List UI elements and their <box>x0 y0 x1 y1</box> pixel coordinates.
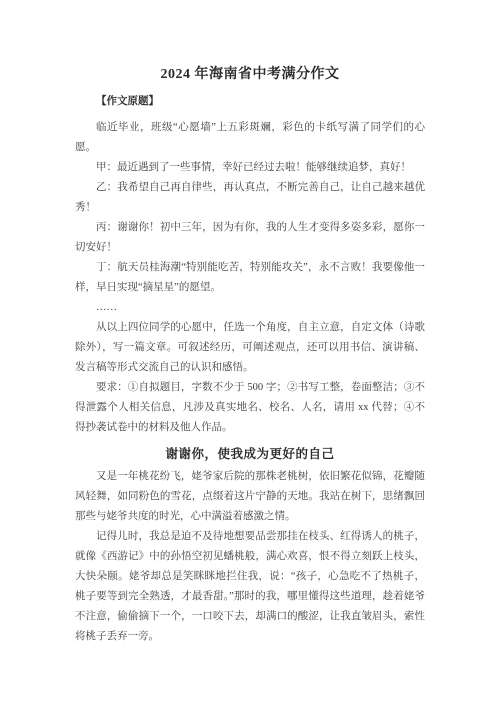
ellipsis-line: …… <box>75 298 425 318</box>
document-title: 2024 年海南省中考满分作文 <box>75 64 425 86</box>
wish-jia-paragraph: 甲：最近遇到了一些事情，幸好已经过去啦！能够继续追梦，真好！ <box>75 158 425 178</box>
prompt-section-heading: 【作文原题】 <box>75 92 425 112</box>
wish-bing-paragraph: 丙：谢谢你！初中三年，因为有你，我的人生才变得多姿多彩，愿你一切安好！ <box>75 218 425 258</box>
essay-paragraph-2: 记得儿时，我总是迫不及待地想要品尝那挂在枝头、红得诱人的桃子，就像《西游记》中的… <box>75 527 425 647</box>
document-page: 2024 年海南省中考满分作文 【作文原题】 临近毕业，班级“心愿墙”上五彩斑斓… <box>0 0 500 707</box>
wish-ding-paragraph: 丁：航天员桂海潮“特别能吃苦，特别能攻关”，永不言败！我要像他一样，早日实现“摘… <box>75 258 425 298</box>
task-paragraph: 从以上四位同学的心愿中，任选一个角度，自主立意，自定文体（诗歌除外），写一篇文章… <box>75 318 425 378</box>
essay-paragraph-1: 又是一年桃花纷飞，姥爷家后院的那株老桃树，依旧繁花似锦，花瓣随风轻舞，如同粉色的… <box>75 467 425 527</box>
wish-yi-paragraph: 乙：我希望自己再自律些，再认真点，不断完善自己，让自己越来越优秀！ <box>75 178 425 218</box>
prompt-intro-paragraph: 临近毕业，班级“心愿墙”上五彩斑斓，彩色的卡纸写满了同学们的心愿。 <box>75 118 425 158</box>
essay-title: 谢谢你，使我成为更好的自己 <box>75 443 425 465</box>
requirements-paragraph: 要求：①自拟题目，字数不少于 500 字；②书写工整，卷面整洁；③不得泄露个人相… <box>75 378 425 438</box>
